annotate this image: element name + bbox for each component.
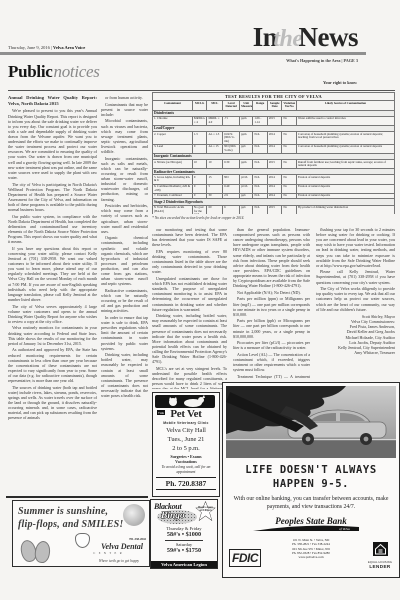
bingo-burst-text: Doors open at 6:30pm <box>197 507 214 513</box>
table-cell: 10 <box>192 160 207 169</box>
paragraph: Drinking water, including bottled water,… <box>101 352 148 398</box>
pet-vet-name: Pet Vet <box>153 408 219 420</box>
dateline-date: Thursday, June 9, 2016 <box>8 45 50 50</box>
storm-damage-photo <box>226 386 396 458</box>
table-column-header: Violation Yes/No <box>282 101 297 110</box>
table-cell: Corrosion of household plumbing systems;… <box>296 144 394 153</box>
pets-silhouette-icon <box>155 395 215 408</box>
paragraph: Picocuries per liter (pCi/l) — picocurie… <box>233 340 310 350</box>
pet-vet-ad: THE Pet Vet Mobile Veterinary Clinic Vel… <box>152 392 220 497</box>
table-cell: 0 <box>192 184 207 193</box>
article-column-1-text: We're pleased to present to you this yea… <box>8 108 97 420</box>
paragraph: Unregulated contaminants are those for w… <box>152 276 227 312</box>
starburst-icon: Doors open at 6:30pm <box>195 501 216 522</box>
bank-headline: LIFE DOESN'T ALWAYS HAPPEN 9-5. <box>223 463 399 491</box>
table-cell: 60 <box>207 205 223 214</box>
table-cell: 0.0474 (90th %-tile) <box>223 132 240 145</box>
table-cell: 2015 <box>267 205 282 214</box>
section-heading-bold: Public <box>8 62 53 81</box>
right-to-know-label: Your right to know <box>323 80 357 85</box>
table-cell: AL = 1.3 <box>207 132 223 145</box>
table-cell: 0.30 <box>223 160 240 169</box>
dateline-paper: Velva Area Voice <box>53 45 85 50</box>
pet-vet-phone: Ph. 720.8387 <box>156 477 216 490</box>
paragraph: or from human activity. <box>101 95 148 100</box>
table-cell: 10 <box>207 160 223 169</box>
table-cell: ppb <box>240 144 253 153</box>
paragraph: The sources of drinking water (both tap … <box>8 385 97 421</box>
dental-ad-phone: 701-338-2042 <box>129 537 146 541</box>
paragraph: Pesticides and herbicides, which may com… <box>101 203 148 234</box>
lender-text: LENDER <box>367 564 393 569</box>
water-quality-table: TEST RESULTS FOR THE CITY OF VELVAContam… <box>152 92 395 214</box>
sun-icon <box>123 504 145 526</box>
signature-block: Scott Shirley, MayorVelva City Commissio… <box>316 314 395 356</box>
table-cell: 4. Nitrate (as Nitrogen) <box>153 160 193 169</box>
dental-ad-tagline: Where teeth go to get happy <box>99 559 139 563</box>
table-cell: No <box>282 205 297 214</box>
pet-vet-note: To avoid a long wait, call for an appoin… <box>155 465 217 474</box>
table-cell: MRDL = 4.0 <box>207 116 223 125</box>
table-column-header: MCLG <box>192 101 207 110</box>
table-cell: N/A <box>253 132 268 145</box>
table-cell: By-product of drinking water disinfectio… <box>296 205 394 214</box>
bingo-ad: Blackout Bingo Doors open at 6:30pm Thur… <box>150 499 218 569</box>
table-cell: No <box>282 144 297 153</box>
table-cell: 1. Chlorine <box>153 116 193 125</box>
table-cell: MRDLG = 4 <box>192 116 207 125</box>
article-column-5: flushing your tap for 30 seconds to 2 mi… <box>316 227 395 380</box>
dental-ad-line1: Summer is sunshine, <box>18 506 123 519</box>
dateline-separator: | <box>51 45 52 50</box>
table-cell: pCi/L <box>240 175 253 184</box>
bank-ad: LIFE DOESN'T ALWAYS HAPPEN 9-5. With our… <box>222 382 400 578</box>
bank-headline-2: HAPPEN 9-5. <box>223 477 399 491</box>
table-cell: ppm <box>240 132 253 145</box>
header-rule <box>0 52 366 55</box>
table-cell: 2015 <box>267 160 282 169</box>
paragraph: EPA requires monitoring of over 80 drink… <box>152 249 227 275</box>
pet-vet-location: Velva City Hall <box>153 427 219 434</box>
table-cell: ND (90th %-tile) <box>223 144 240 153</box>
table-cell: 5. Gross Alpha, Including RA & U <box>153 175 193 184</box>
pet-vet-date: Tues., June 21 <box>153 436 219 443</box>
paragraph: The City of Velva works diligently to pr… <box>316 286 395 312</box>
fdic-logo: FDIC <box>229 549 261 567</box>
table-cell: 0 <box>192 144 207 153</box>
table-cell: ppm <box>240 116 253 125</box>
paragraph: than the general population. Immuno-comp… <box>233 227 310 288</box>
table-row: 8. Total Haloacetic Acids (HAA5)No goal … <box>153 205 395 214</box>
results-table: TEST RESULTS FOR THE CITY OF VELVAContam… <box>152 92 395 214</box>
table-cell: 2. Copper <box>153 132 193 145</box>
bottom-left-rule <box>6 496 148 498</box>
table-cell: No <box>282 116 297 125</box>
bank-logo: Peoples State Bank of Velva <box>251 516 371 533</box>
table-column-header: Level Detected <box>223 101 240 110</box>
table-footnote: * No sites exceeded the action levels fo… <box>152 216 395 220</box>
article-column-5-text: flushing your tap for 30 seconds to 2 mi… <box>316 227 395 312</box>
table-cell: pCi/L <box>240 184 253 193</box>
dental-ad-headline: Summer is sunshine, flip-flops, and SMIL… <box>18 506 123 531</box>
table-row: 6. Combined Radium (-226 & -228)050.49pC… <box>153 184 395 193</box>
table-cell: Water additive used to control microbes <box>296 116 394 125</box>
paragraph: Our public water system, in compliance w… <box>8 214 97 245</box>
table-cell: 6. Combined Radium (-226 & -228) <box>153 184 193 193</box>
tooth-icon <box>75 533 90 548</box>
paragraph: Drinking water, including bottled water,… <box>152 313 227 364</box>
table-column-header: Sample Date <box>267 101 282 110</box>
bingo-footer: Velva American Legion <box>151 561 217 568</box>
table-cell: No <box>282 132 297 145</box>
table-cell: Erosion of natural deposits <box>296 175 394 184</box>
dental-ad-logo: Velva Dental <box>101 542 143 551</box>
table-cell: 2014 <box>267 175 282 184</box>
table-cell: Runoff from fertilizer use; leaching fro… <box>296 160 394 169</box>
bank-website: www.psbvelva.com <box>261 555 361 559</box>
table-title: TEST RESULTS FOR THE CITY OF VELVA <box>153 93 395 101</box>
article-column-3: our monitoring and testing that some con… <box>152 227 227 389</box>
table-cell: N/A <box>253 160 268 169</box>
masthead: IntheNews <box>253 24 358 51</box>
flip-flop-icon <box>34 540 52 564</box>
table-cell: .71 <box>223 116 240 125</box>
bank-address-block: 101 N. Main St. • Velva, ND Ph. 338-2821… <box>261 538 361 560</box>
paragraph: We're pleased to present to you this yea… <box>8 108 97 180</box>
pet-vet-time: 2 to 5 p.m. <box>153 445 219 452</box>
table-cell: 2014 <box>267 184 282 193</box>
paragraph: Please call Kelly Jemtrud, Water Superin… <box>316 269 395 284</box>
bingo-divider <box>165 540 203 541</box>
article-column-2: or from human activity.Contaminants that… <box>101 95 148 497</box>
article-title: Annual Drinking Water Quality Report: Ve… <box>8 95 97 106</box>
paragraph: Action Level (AL) — The concentration of… <box>233 352 310 372</box>
paragraph: In order to ensure that tap water is saf… <box>101 315 148 351</box>
pet-vet-subtitle: Mobile Veterinary Clinic <box>153 421 219 425</box>
paragraph: Treatment Technique (TT) — A treatment t… <box>233 374 310 380</box>
table-cell: 2014 <box>267 144 282 153</box>
bingo-prize-1: 58#'s • $1000 <box>151 531 217 538</box>
section-rule <box>8 90 395 91</box>
table-cell: N/A <box>253 205 268 214</box>
table-cell: N/A <box>253 144 268 153</box>
paragraph: The city of Velva serves approximately 4… <box>8 304 97 324</box>
newspaper-page: Thursday, June 9, 2016 | Velva Area Voic… <box>0 0 400 600</box>
table-column-header: Unit Measure <box>240 101 253 110</box>
table-cell: N/A <box>253 175 268 184</box>
table-cell: ND <box>223 175 240 184</box>
table-cell: 2015 <box>267 116 282 125</box>
table-cell: 6 <box>223 205 240 214</box>
dental-ad: Summer is sunshine, flip-flops, and SMIL… <box>12 500 150 567</box>
paragraph: Not Applicable (N/A); No Detect (ND). <box>233 290 310 295</box>
table-cell: Corrosion of household plumbing systems;… <box>296 132 394 145</box>
paragraph: MCL's are set at very stringent levels. … <box>152 366 227 389</box>
paragraph: Parts per billion (ppb) or Micrograms pe… <box>233 318 310 338</box>
article-column-4: than the general population. Immuno-comp… <box>233 227 310 380</box>
paragraph: Parts per million (ppm) or Milligrams pe… <box>233 296 310 316</box>
bank-headline-1: LIFE DOESN'T ALWAYS <box>223 463 399 477</box>
table-cell: No goal for the total <box>192 205 207 214</box>
table-cell: 15 <box>207 175 223 184</box>
table-column-header: Contaminant <box>153 101 193 110</box>
paragraph: Inorganic contaminants, such as salts an… <box>101 156 148 202</box>
paragraph: Contaminants that may be present in sour… <box>101 102 148 117</box>
section-heading-italic: notices <box>54 62 100 81</box>
bingo-prize-2: 59#'s • $1750 <box>151 547 217 554</box>
table-row: 4. Nitrate (as Nitrogen)10100.30ppmN/A20… <box>153 160 395 169</box>
paragraph: Velva routinely monitors for contaminant… <box>8 325 97 345</box>
table-cell: Erosion of natural deposits <box>296 184 394 193</box>
table-cell: 8. Total Haloacetic Acids (HAA5) <box>153 205 193 214</box>
equal-housing-lender-logo: EQUAL HOUSING LENDER <box>367 542 393 569</box>
paragraph: Radioactive contaminants, which can be n… <box>101 288 148 314</box>
section-heading: Publicnotices <box>8 62 100 82</box>
table-cell: 3. Lead <box>153 144 193 153</box>
table-cell: AL = 15 <box>207 144 223 153</box>
dateline: Thursday, June 9, 2016 | Velva Area Voic… <box>8 45 85 50</box>
table-cell: 1.3 <box>192 132 207 145</box>
paragraph: If you have any questions about this rep… <box>8 246 97 302</box>
bank-body-text: With our online banking, you can transfe… <box>231 495 391 512</box>
paragraph: flushing your tap for 30 seconds to 2 mi… <box>316 227 395 268</box>
table-cell: ppb <box>240 205 253 214</box>
masthead-news: News <box>299 22 359 52</box>
table-cell: ppm <box>240 160 253 169</box>
paragraph: The city of Velva is participating in No… <box>8 182 97 213</box>
paragraph: As authorized and approved by EPA, the S… <box>8 347 97 383</box>
table-cell: 1.06 - 1.14 <box>253 116 268 125</box>
table-cell: 0.49 <box>223 184 240 193</box>
table-cell: No <box>282 160 297 169</box>
table-cell: No <box>282 184 297 193</box>
paragraph: our monitoring and testing that some con… <box>152 227 227 247</box>
masthead-tagline: What's Happening in the Area | PAGE 3 <box>286 58 358 63</box>
table-column-header: Range <box>253 101 268 110</box>
article-column-1: Annual Drinking Water Quality Report: Ve… <box>8 95 97 497</box>
table-column-header: MCL <box>207 101 223 110</box>
table-row: 3. Lead0AL = 15ND (90th %-tile)ppbN/A201… <box>153 144 395 153</box>
table-row: 2. Copper1.3AL = 1.30.0474 (90th %-tile)… <box>153 132 395 145</box>
equal-housing-house-icon <box>373 542 388 556</box>
table-cell: 2014 <box>267 132 282 145</box>
table-cell: 5 <box>207 184 223 193</box>
bingo-title-2: Bingo <box>161 511 185 521</box>
table-cell: No <box>282 175 297 184</box>
paragraph: Organic chemical contaminants, including… <box>101 235 148 286</box>
dental-ad-logo-sub: C E N T E R <box>93 552 123 555</box>
pet-vet-services-2: Vaccinations <box>153 459 219 464</box>
table-cell: 0 <box>192 175 207 184</box>
signature-line: Amy Whitacre, Treasurer <box>316 350 395 355</box>
table-row: 5. Gross Alpha, Including RA & U015NDpCi… <box>153 175 395 184</box>
table-row: 1. ChlorineMRDLG = 4MRDL = 4.0.71ppm1.06… <box>153 116 395 125</box>
paragraph: Microbial contaminants, such as viruses … <box>101 118 148 154</box>
dental-ad-line2: flip-flops, and SMILES! <box>18 519 123 532</box>
table-cell: N/A <box>253 184 268 193</box>
table-column-header: Likely Source of Contamination <box>296 101 394 110</box>
bank-logo-sub-text: of Velva <box>339 527 350 531</box>
